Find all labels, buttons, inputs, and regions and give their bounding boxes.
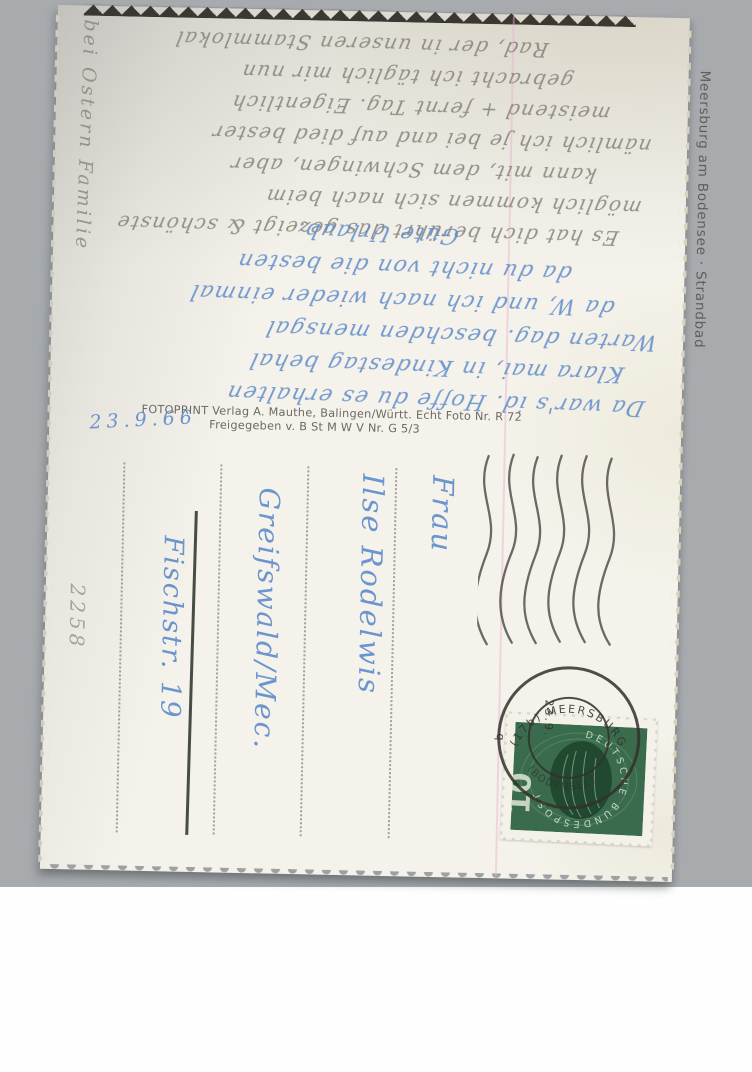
address-line-city: Greifswald/Mec. bbox=[245, 487, 286, 860]
address-line-name: Ilse Rodelwis bbox=[348, 473, 390, 846]
scan-white-strip bbox=[0, 887, 752, 1072]
handwritten-message-ink: Da war's id. Hoffe du es erhalten Klara … bbox=[56, 204, 669, 425]
address-line-frau: Frau bbox=[422, 475, 460, 656]
address-rule-line bbox=[116, 462, 126, 832]
address-rule-line bbox=[300, 466, 310, 836]
postmark-letter: b bbox=[493, 733, 506, 740]
postcard-scan: Es hat dich berührt das gezeigt & schöns… bbox=[0, 0, 752, 1072]
cancellation-wavy-lines bbox=[477, 450, 637, 653]
postmark-town-text: (17b) MEERSBURG bbox=[507, 701, 630, 750]
address-line-street: Fischstr. 19 bbox=[151, 535, 188, 846]
handwritten-date: 23.9.66 bbox=[89, 406, 197, 433]
address-rule-line bbox=[213, 465, 223, 835]
postmark-date: 23.9. bbox=[542, 699, 556, 737]
dealer-number-pencil: 2258 bbox=[63, 583, 90, 703]
postcard-back: Es hat dich berührt das gezeigt & schöns… bbox=[40, 5, 690, 882]
postmark: (17b) MEERSBURG (BODENSEE) b 23.9. bbox=[487, 656, 654, 823]
postmark-region-text: (BODENSEE) bbox=[524, 764, 599, 794]
